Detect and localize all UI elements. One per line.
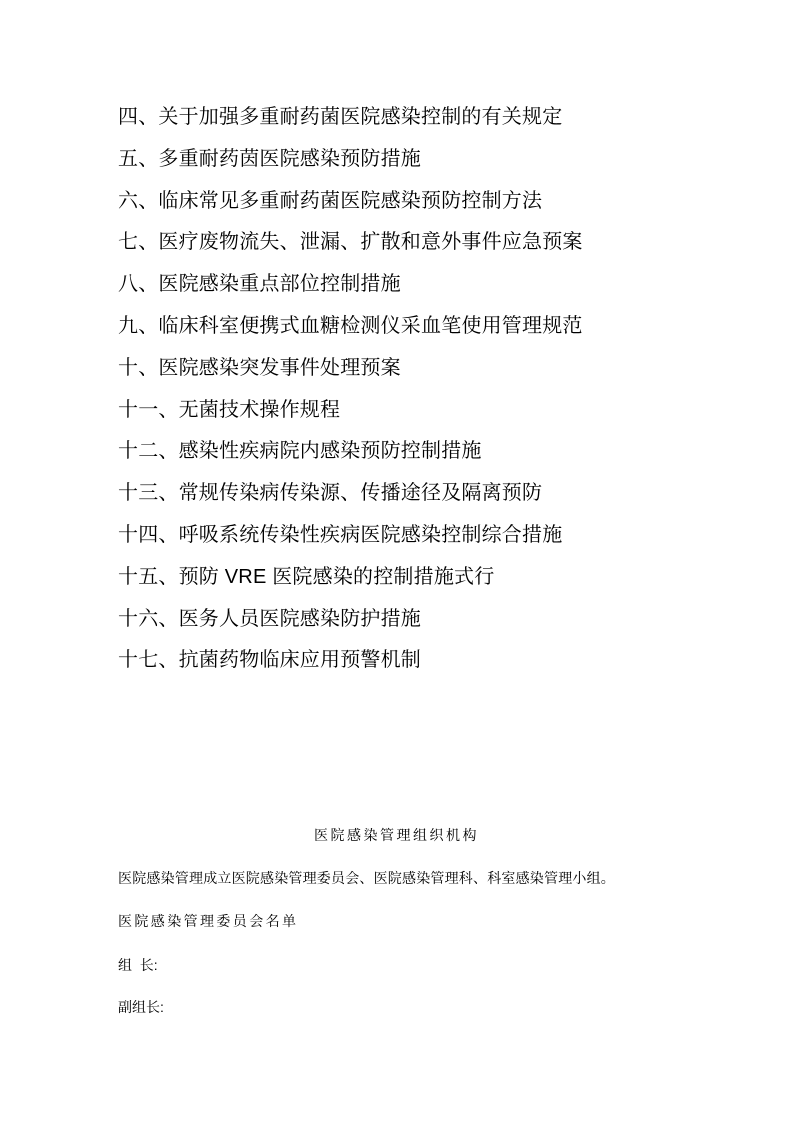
toc-item: 四、关于加强多重耐药菌医院感染控制的有关规定 <box>118 97 753 139</box>
deputy-leader-label: 副组长: <box>118 998 164 1016</box>
leader-label: 组 长: <box>118 956 158 974</box>
toc-list: 四、关于加强多重耐药菌医院感染控制的有关规定 五、多重耐药茵医院感染预防措施 六… <box>118 97 753 682</box>
toc-item: 七、医疗废物流失、泄漏、扩散和意外事件应急预案 <box>118 222 753 264</box>
toc-item: 十、医院感染突发事件处理预案 <box>118 348 753 390</box>
toc-item: 十三、常规传染病传染源、传播途径及隔离预防 <box>118 473 753 515</box>
document-page: 四、关于加强多重耐药菌医院感染控制的有关规定 五、多重耐药茵医院感染预防措施 六… <box>0 0 793 1122</box>
toc-item: 十六、医务人员医院感染防护措施 <box>118 599 753 641</box>
toc-item: 十一、无菌技术操作规程 <box>118 390 753 432</box>
toc-item: 六、临床常见多重耐药菌医院感染预防控制方法 <box>118 181 753 223</box>
toc-item: 八、医院感染重点部位控制措施 <box>118 264 753 306</box>
toc-item: 十五、预防 VRE 医院感染的控制措施式行 <box>118 557 753 599</box>
org-section-intro: 医院感染管理成立医院感染管理委员会、医院感染管理科、科室感染管理小组。 <box>118 869 753 887</box>
committee-list-title: 医院感染管理委员会名单 <box>118 912 298 930</box>
toc-item: 十七、抗菌药物临床应用预警机制 <box>118 640 753 682</box>
toc-item: 十二、感染性疾病院内感染预防控制措施 <box>118 431 753 473</box>
org-section-heading: 医院感染管理组织机构 <box>0 826 793 844</box>
toc-item: 十四、呼吸系统传染性疾病医院感染控制综合措施 <box>118 515 753 557</box>
toc-item: 九、临床科室便携式血糖检测仪采血笔使用管理规范 <box>118 306 753 348</box>
toc-item: 五、多重耐药茵医院感染预防措施 <box>118 139 753 181</box>
